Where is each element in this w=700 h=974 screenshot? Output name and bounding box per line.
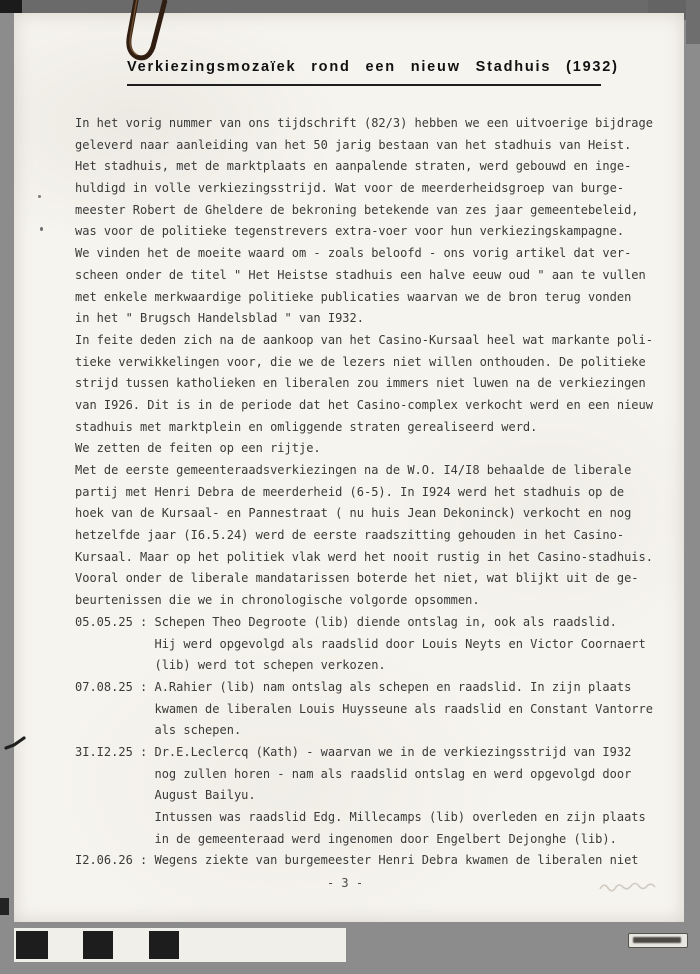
- text-line: (lib) werd tot schepen verkozen.: [75, 655, 665, 677]
- text-line: tieke verwikkelingen voor, die we de lez…: [75, 352, 665, 374]
- text-line: was voor de politieke tegenstrevers extr…: [75, 221, 665, 243]
- text-line: We vinden het de moeite waard om - zoals…: [75, 243, 665, 265]
- text-line: scheen onder de titel " Het Heistse stad…: [75, 265, 665, 287]
- text-line: partij met Henri Debra de meerderheid (6…: [75, 482, 665, 504]
- paper-speck: [38, 195, 41, 198]
- page-number: - 3 -: [75, 876, 615, 890]
- corner-shade-right: [686, 0, 700, 44]
- text-line: August Bailyu.: [75, 785, 665, 807]
- text-line: kwamen de liberalen Louis Huysseune als …: [75, 699, 665, 721]
- title-underline: Verkiezingsmozaïek rond een nieuw Stadhu…: [127, 56, 601, 86]
- calibration-strip: [14, 928, 346, 962]
- calibration-square: [16, 931, 48, 959]
- calibration-square: [149, 931, 179, 959]
- text-line: In het vorig nummer van ons tijdschrift …: [75, 113, 665, 135]
- watermark-text-smudge: [633, 937, 681, 943]
- edge-mark: [0, 898, 9, 915]
- text-line: Het stadhuis, met de marktplaats en aanp…: [75, 156, 665, 178]
- text-line: 3I.I2.25 : Dr.E.Leclercq (Kath) - waarva…: [75, 742, 665, 764]
- text-line: in het " Brugsch Handelsblad " van I932.: [75, 308, 665, 330]
- text-line: in de gemeenteraad werd ingenomen door E…: [75, 829, 665, 851]
- pen-mark: [4, 734, 26, 752]
- text-line: hetzelfde jaar (I6.5.24) werd de eerste …: [75, 525, 665, 547]
- registration-mark-top-left: [0, 0, 22, 13]
- text-line: meester Robert de Gheldere de bekroning …: [75, 200, 665, 222]
- scan-top-bar: [0, 0, 700, 13]
- text-line: huldigd in volle verkiezingsstrijd. Wat …: [75, 178, 665, 200]
- text-line: I2.06.26 : Wegens ziekte van burgemeeste…: [75, 850, 665, 872]
- text-line: Kursaal. Maar op het politiek vlak werd …: [75, 547, 665, 569]
- body-text: In het vorig nummer van ons tijdschrift …: [75, 113, 665, 872]
- watermark-badge: [628, 933, 688, 948]
- pencil-annotation: [598, 878, 660, 896]
- text-line: Vooral onder de liberale mandatarissen b…: [75, 568, 665, 590]
- paper-speck: [40, 227, 43, 231]
- text-line: als schepen.: [75, 720, 665, 742]
- text-line: Intussen was raadslid Edg. Millecamps (l…: [75, 807, 665, 829]
- scan-frame: Verkiezingsmozaïek rond een nieuw Stadhu…: [0, 0, 700, 974]
- text-line: Met de eerste gemeenteraadsverkiezingen …: [75, 460, 665, 482]
- calibration-square: [83, 931, 113, 959]
- text-line: van I926. Dit is in de periode dat het C…: [75, 395, 665, 417]
- text-line: We zetten de feiten op een rijtje.: [75, 438, 665, 460]
- text-line: 05.05.25 : Schepen Theo Degroote (lib) d…: [75, 612, 665, 634]
- text-line: Hij werd opgevolgd als raadslid door Lou…: [75, 634, 665, 656]
- text-line: geleverd naar aanleiding van het 50 jari…: [75, 135, 665, 157]
- text-line: stadhuis met marktplein en omliggende st…: [75, 417, 665, 439]
- text-line: met enkele merkwaardige politieke public…: [75, 287, 665, 309]
- text-line: beurtenissen die we in chronologische vo…: [75, 590, 665, 612]
- text-line: strijd tussen katholieken en liberalen z…: [75, 373, 665, 395]
- page-title: Verkiezingsmozaïek rond een nieuw Stadhu…: [127, 59, 619, 75]
- text-line: hoek van de Kursaal- en Pannestraat ( nu…: [75, 503, 665, 525]
- text-line: In feite deden zich na de aankoop van he…: [75, 330, 665, 352]
- text-line: nog zullen horen - nam als raadslid onts…: [75, 764, 665, 786]
- text-line: 07.08.25 : A.Rahier (lib) nam ontslag al…: [75, 677, 665, 699]
